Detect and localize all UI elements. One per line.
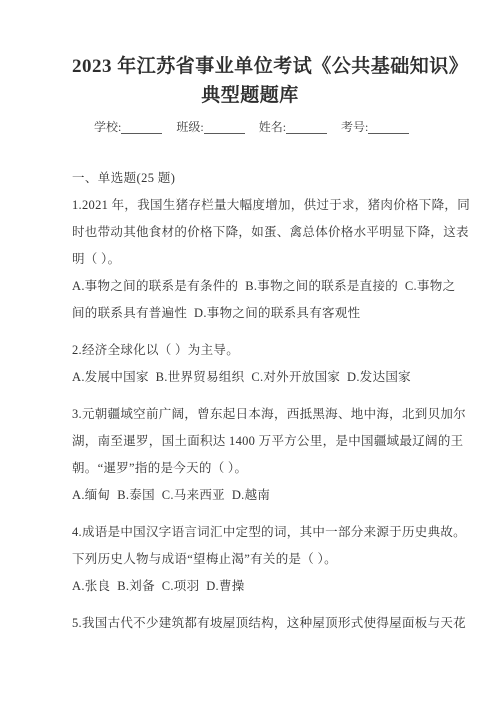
question-stem-line: 4.成语是中国汉字语言词汇中定型的词，其中一部分来源于历史典故。 (72, 519, 428, 546)
question-block: 1.2021 年，我国生猪存栏量大幅度增加，供过于求，猪肉价格下降，同时也带动其… (72, 192, 428, 327)
question-block: 2.经济全球化以（ ）为主导。A.发展中国家 B.世界贸易组织 C.对外开放国家… (72, 337, 428, 391)
question-block: 4.成语是中国汉字语言词汇中定型的词，其中一部分来源于历史典故。下列历史人物与成… (72, 519, 428, 600)
question-option-line: A.缅甸 B.泰国 C.马来西亚 D.越南 (72, 482, 428, 509)
question-stem-line: 1.2021 年，我国生猪存栏量大幅度增加，供过于求，猪肉价格下降，同 (72, 192, 428, 219)
blank-underline (121, 120, 162, 134)
question-stem-line: 3.元朝疆域空前广阔，曾东起日本海，西抵黑海、地中海，北到贝加尔 (72, 401, 428, 428)
blank-underline (368, 120, 409, 134)
question-stem-line: 2.经济全球化以（ ）为主导。 (72, 337, 428, 364)
question-option-line: A.张良 B.刘备 C.项羽 D.曹操 (72, 573, 428, 600)
title-line-2: 典型题题库 (72, 81, 428, 110)
document-page: 2023 年江苏省事业单位考试《公共基础知识》 典型题题库 学校:班级:姓名:考… (0, 0, 500, 707)
question-stem-line: 下列历史人物与成语“望梅止渴”有关的是（ ）。 (72, 546, 428, 573)
info-field-label: 学校: (94, 120, 121, 134)
question-stem-line: 明（ ）。 (72, 246, 428, 273)
student-info-row: 学校:班级:姓名:考号: (72, 120, 428, 134)
blank-underline (204, 120, 245, 134)
question-block: 5.我国古代不少建筑都有坡屋顶结构，这种屋顶形式使得屋面板与天花 (72, 610, 428, 637)
question-stem-line: 5.我国古代不少建筑都有坡屋顶结构，这种屋顶形式使得屋面板与天花 (72, 610, 428, 637)
question-list: 1.2021 年，我国生猪存栏量大幅度增加，供过于求，猪肉价格下降，同时也带动其… (72, 192, 428, 637)
question-option-line: 间的联系具有普遍性 D.事物之间的联系具有客观性 (72, 300, 428, 327)
question-stem-line: 朝。“暹罗”指的是今天的（ ）。 (72, 455, 428, 482)
info-field-label: 姓名: (259, 120, 286, 134)
question-stem-line: 湖，南至暹罗，国土面积达 1400 万平方公里，是中国疆域最辽阔的王 (72, 428, 428, 455)
question-stem-line: 时也带动其他食材的价格下降，如蛋、禽总体价格水平明显下降，这表 (72, 219, 428, 246)
info-field-label: 班级: (176, 120, 203, 134)
info-field-label: 考号: (341, 120, 368, 134)
question-option-line: A.发展中国家 B.世界贸易组织 C.对外开放国家 D.发达国家 (72, 364, 428, 391)
info-field: 姓名: (259, 120, 327, 134)
question-block: 3.元朝疆域空前广阔，曾东起日本海，西抵黑海、地中海，北到贝加尔湖，南至暹罗，国… (72, 401, 428, 509)
info-field: 考号: (341, 120, 409, 134)
info-field: 学校: (94, 120, 162, 134)
section-heading: 一、单选题(25 题) (72, 165, 428, 192)
question-option-line: A.事物之间的联系是有条件的 B.事物之间的联系是直接的 C.事物之 (72, 273, 428, 300)
title-line-1: 2023 年江苏省事业单位考试《公共基础知识》 (72, 52, 428, 81)
document-title: 2023 年江苏省事业单位考试《公共基础知识》 典型题题库 (72, 52, 428, 110)
blank-underline (286, 120, 327, 134)
info-field: 班级: (176, 120, 244, 134)
